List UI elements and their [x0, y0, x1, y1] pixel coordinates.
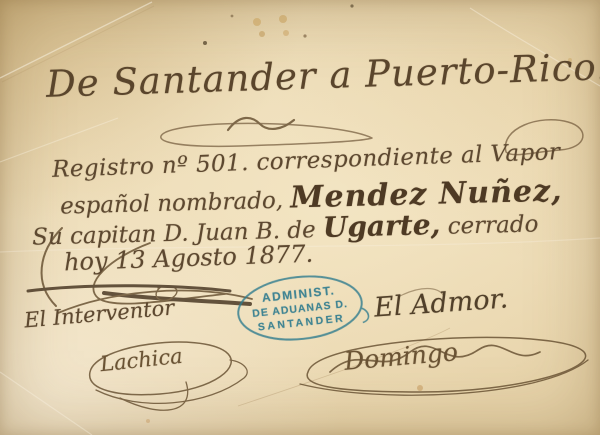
registry-line-3-suffix: cerrado	[447, 211, 538, 239]
captain-surname: Ugarte,	[322, 208, 440, 244]
scanned-document: De Santander a Puerto-Rico. Registro nº …	[0, 0, 600, 435]
